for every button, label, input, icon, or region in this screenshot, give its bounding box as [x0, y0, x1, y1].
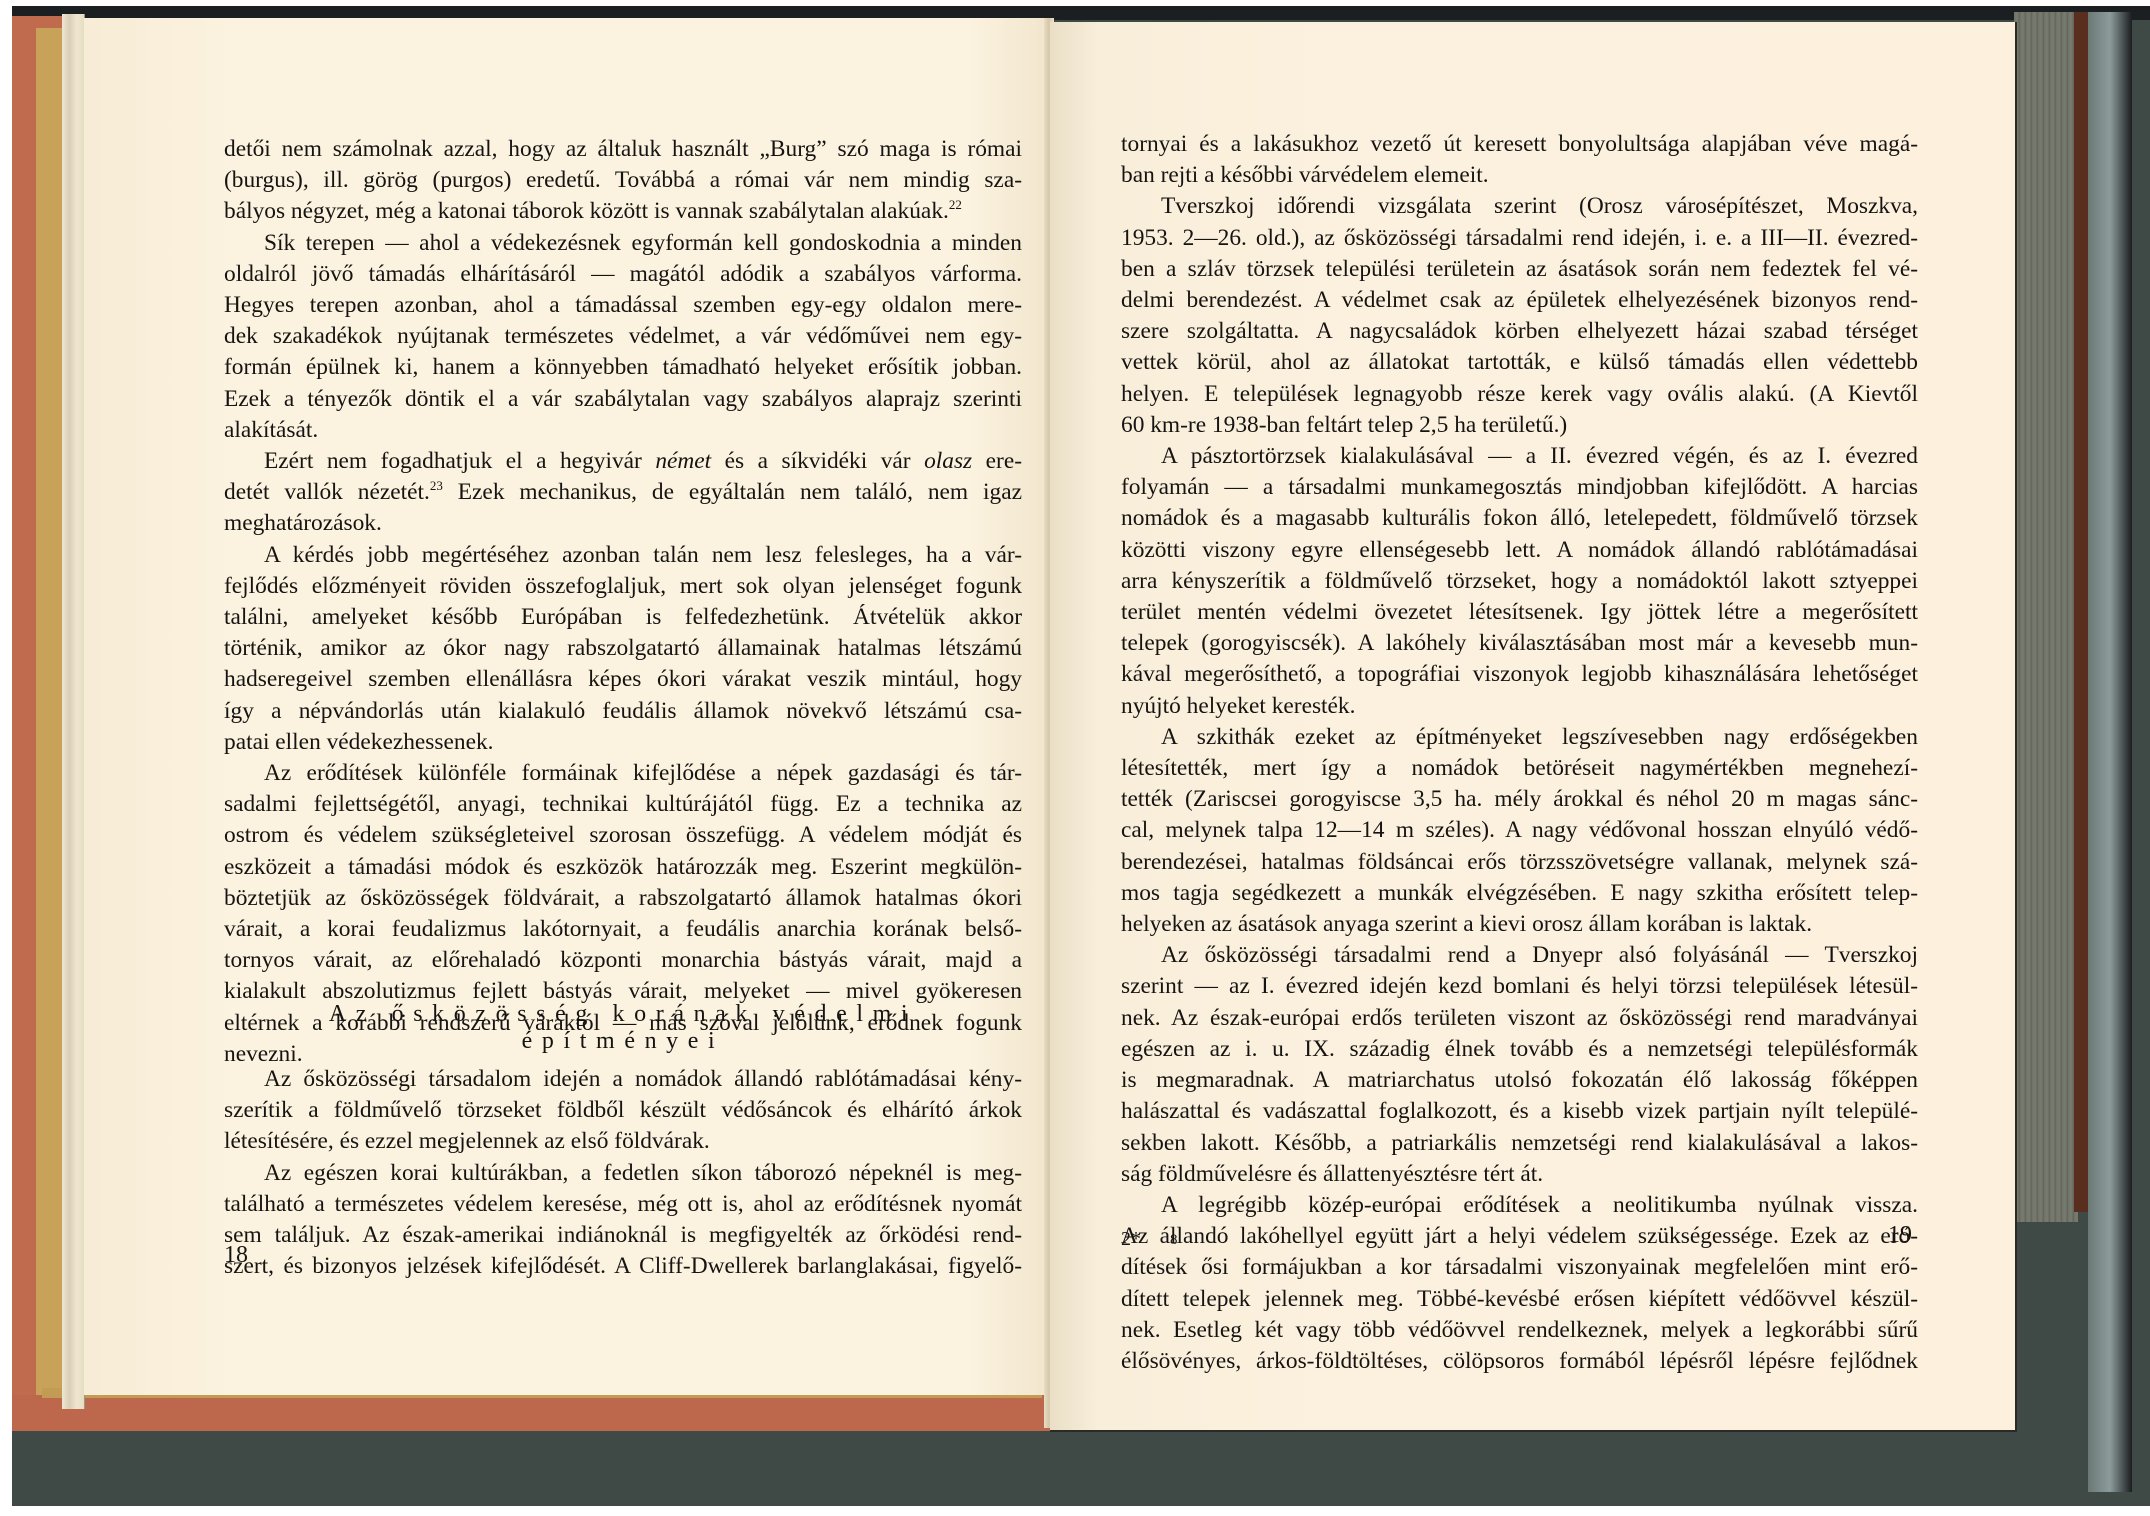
text-line: Az ősközösségi társadalmi rend a Dnyepr …: [1121, 940, 1918, 971]
text-line: ben a szláv törzsek települési területei…: [1121, 254, 1918, 285]
italic-term: német: [655, 448, 711, 474]
text-line: detői nem számolnak azzal, hogy az által…: [224, 134, 1022, 165]
text-line: szerint — az I. évezred idején kezd boml…: [1121, 971, 1918, 1002]
text-line: 1953. 2—26. old.), az ősközösségi társad…: [1121, 223, 1918, 254]
paragraph: A pásztortörzsek kialakulásával — a II. …: [1121, 441, 1918, 722]
text-segment: Ezek mechanikus, de egyáltalán nem talál…: [443, 479, 1022, 505]
paragraph: Sík terepen — ahol a védekezésnek egyfor…: [224, 228, 1022, 446]
text-line: nomádok és a magasabb kulturális fokon á…: [1121, 503, 1918, 534]
text-line: szert, és bizonyos jelzések kifejlődését…: [224, 1251, 1022, 1282]
page-number: 18: [224, 1242, 248, 1269]
text-line: várait, a korai feudalizmus lakótornyait…: [224, 914, 1022, 945]
paragraph: Az egészen korai kultúrákban, a fedetlen…: [224, 1158, 1022, 1283]
text-line: A pásztortörzsek kialakulásával — a II. …: [1121, 441, 1918, 472]
text-line: terület mentén védelmi övezetet létesíts…: [1121, 597, 1918, 628]
book-cover-bottom-edge: [12, 1395, 1052, 1431]
text-line: tornyos várait, az előrehaladó központi …: [224, 945, 1022, 976]
text-line: tornyai és a lakásukhoz vezető út kerese…: [1121, 129, 1918, 160]
text-line: közötti viszony egyre ellenségesebb lett…: [1121, 535, 1918, 566]
paragraph: Az ősközösségi társadalom idején a nomád…: [224, 1064, 1022, 1158]
text-line: mos tagja segédkezett a munkák elvégzésé…: [1121, 878, 1918, 909]
text-line: eszközeit a támadási módok és eszközök h…: [224, 852, 1022, 883]
right-page-body: tornyai és a lakásukhoz vezető út kerese…: [1121, 129, 1918, 1377]
text-line: helyeken az ásatások anyaga szerint a ki…: [1121, 909, 1918, 940]
text-line: nek. Az észak-európai erdős területen vi…: [1121, 1003, 1918, 1034]
left-page: detői nem számolnak azzal, hogy az által…: [84, 18, 1049, 1395]
text-line: található a természetes védelem keresése…: [224, 1189, 1022, 1220]
paragraph: A kérdés jobb megértéséhez azonban talán…: [224, 540, 1022, 758]
text-line: dítések ősi formájukban a kor társadalmi…: [1121, 1252, 1918, 1283]
footnote-marker[interactable]: 23: [430, 478, 443, 493]
text-line: Az erődítések különféle formáinak kifejl…: [224, 758, 1022, 789]
text-line: Hegyes terepen azonban, ahol a támadássa…: [224, 290, 1022, 321]
text-line: alakítását.: [224, 415, 1022, 446]
text-segment: detét vallók nézetét.: [224, 479, 430, 505]
text-line: detét vallók nézetét.23 Ezek mechanikus,…: [224, 477, 1022, 508]
text-line: sekben lakott. Később, a patriarkális ne…: [1121, 1128, 1918, 1159]
text-line: Az ősközösségi társadalom idején a nomád…: [224, 1064, 1022, 1095]
text-line: vettek körül, ahol az állatokat tartottá…: [1121, 347, 1918, 378]
text-line: sem találjuk. Az észak-amerikai indiánok…: [224, 1220, 1022, 1251]
right-page: tornyai és a lakásukhoz vezető út kerese…: [1050, 22, 2017, 1432]
text-line: Ezért nem fogadhatjuk el a hegyivár néme…: [224, 446, 1022, 477]
text-line: delmi berendezést. A védelmet csak az ép…: [1121, 285, 1918, 316]
section-heading: Az ősközösség korának védelmi építményei: [224, 1001, 1022, 1055]
text-line: dített telepek jelennek meg. Többé-kevés…: [1121, 1284, 1918, 1315]
signature-mark: 2*: [1121, 1228, 1141, 1251]
text-line: bályos négyzet, még a katonai táborok kö…: [224, 196, 1022, 227]
text-line: Az egészen korai kultúrákban, a fedetlen…: [224, 1158, 1022, 1189]
text-line: arra kényszerítik a földművelő törzseket…: [1121, 566, 1918, 597]
text-line: halászattal és vadászattal foglalkozott,…: [1121, 1096, 1918, 1127]
text-line: Tverszkoj időrendi vizsgálata szerint (O…: [1121, 191, 1918, 222]
right-page-edges: [2014, 12, 2078, 1222]
text-line: patai ellen védekezhessenek.: [224, 727, 1022, 758]
text-line: ostrom és védelem szükségleteivel szoros…: [224, 820, 1022, 851]
right-cover-edge: [2088, 12, 2132, 1492]
text-line: A kérdés jobb megértéséhez azonban talán…: [224, 540, 1022, 571]
paragraph: detői nem számolnak azzal, hogy az által…: [224, 134, 1022, 228]
text-line: Ezek a tényezők döntik el a vár szabályt…: [224, 384, 1022, 415]
left-page-body-section: Az ősközösségi társadalom idején a nomád…: [224, 1064, 1022, 1282]
text-line: telepek (gorogyiscsék). A lakóhely kivál…: [1121, 628, 1918, 659]
text-line: (burgus), ill. görög (purgos) eredetű. T…: [224, 165, 1022, 196]
text-line: nyújtó helyeket keresték.: [1121, 691, 1918, 722]
text-line: A szkithák ezeket az építményeket legszí…: [1121, 722, 1918, 753]
text-segment: ere-: [972, 448, 1022, 474]
text-line: történik, amikor az ókor nagy rabszolgat…: [224, 633, 1022, 664]
text-segment: bályos négyzet, még a katonai táborok kö…: [224, 198, 949, 224]
text-line: szerítik a földművelő törzseket földből …: [224, 1095, 1022, 1126]
book-endpaper-left: [36, 28, 64, 1408]
right-cover-board: [2074, 12, 2088, 1212]
text-line: Sík terepen — ahol a védekezésnek egyfor…: [224, 228, 1022, 259]
page-number: 19: [1888, 1222, 1912, 1249]
text-line: hadseregeivel szemben ellenállásra képes…: [224, 664, 1022, 695]
text-line: létesítésére, és ezzel megjelennek az el…: [224, 1126, 1022, 1157]
text-line: formán épülnek ki, hanem a könnyebben tá…: [224, 352, 1022, 383]
paragraph: Az ősközösségi társadalmi rend a Dnyepr …: [1121, 940, 1918, 1190]
paragraph: A legrégibb közép-európai erődítések a n…: [1121, 1190, 1918, 1377]
text-line: egészen az i. u. IX. századig élnek tová…: [1121, 1034, 1918, 1065]
text-line: élősövényes, árkos-földtöltéses, cölöpso…: [1121, 1346, 1918, 1377]
text-line: dek szakadékok nyújtanak természetes véd…: [224, 321, 1022, 352]
text-line: tették (Zariscsei gorogyiscse 3,5 ha. mé…: [1121, 784, 1918, 815]
text-line: folyamán — a társadalmi munkamegosztás m…: [1121, 472, 1918, 503]
signature-number: 8: [1170, 1232, 1178, 1249]
text-line: böztetjük az ősközösségek földvárait, a …: [224, 883, 1022, 914]
left-page-body: detői nem számolnak azzal, hogy az által…: [224, 134, 1022, 1070]
paragraph: A szkithák ezeket az építményeket legszí…: [1121, 722, 1918, 940]
text-line: kával megerősíthető, a topográfiai viszo…: [1121, 659, 1918, 690]
paragraph: Ezért nem fogadhatjuk el a hegyivár néme…: [224, 446, 1022, 540]
text-line: fejlődés előzményeit röviden összefoglal…: [224, 571, 1022, 602]
text-line: így a népvándorlás után kialakuló feudál…: [224, 696, 1022, 727]
text-line: meghatározások.: [224, 508, 1022, 539]
text-line: nek. Esetleg két vagy több védőövvel ren…: [1121, 1315, 1918, 1346]
text-line: oldalról jövő támadás elhárításáról — ma…: [224, 259, 1022, 290]
italic-term: olasz: [924, 448, 972, 474]
text-line: cal, melynek talpa 12—14 m széles). A na…: [1121, 815, 1918, 846]
text-line: is megmaradnak. A matriarchatus utolsó f…: [1121, 1065, 1918, 1096]
text-line: ság földművelésre és állattenyésztésre t…: [1121, 1159, 1918, 1190]
text-segment: és a síkvidéki vár: [711, 448, 924, 474]
text-line: Az állandó lakóhellyel együtt járt a hel…: [1121, 1221, 1918, 1252]
text-line: helyen. E települések legnagyobb része k…: [1121, 379, 1918, 410]
paragraph: Tverszkoj időrendi vizsgálata szerint (O…: [1121, 191, 1918, 441]
text-line: szere szolgáltatta. A nagycsaládok körbe…: [1121, 316, 1918, 347]
text-line: 60 km-re 1938-ban feltárt telep 2,5 ha t…: [1121, 410, 1918, 441]
text-line: létesítették, mert így a nomádok betörés…: [1121, 753, 1918, 784]
text-line: berendezései, hatalmas földsáncai erős t…: [1121, 847, 1918, 878]
text-segment: Ezért nem fogadhatjuk el a hegyivár: [264, 448, 655, 474]
text-line: ban rejti a későbbi várvédelem elemeit.: [1121, 160, 1918, 191]
left-page-edges: [62, 14, 85, 1409]
text-line: találni, amelyeket később Európában is f…: [224, 602, 1022, 633]
text-line: sadalmi fejlettségétől, anyagi, technika…: [224, 789, 1022, 820]
footnote-marker[interactable]: 22: [949, 197, 962, 212]
text-line: A legrégibb közép-európai erődítések a n…: [1121, 1190, 1918, 1221]
paragraph: tornyai és a lakásukhoz vezető út kerese…: [1121, 129, 1918, 191]
